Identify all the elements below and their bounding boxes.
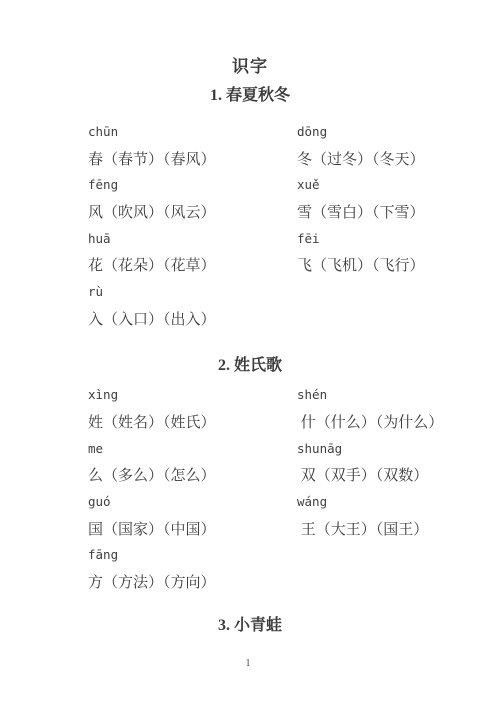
pinyin-row: me shunāg: [0, 435, 500, 462]
word-cell: 花（花朵）（花草）: [88, 254, 297, 275]
pinyin-cell: shén: [297, 387, 500, 402]
word-row: 方（方法）（方向）: [0, 568, 500, 595]
word-cell: 双（双手）（双数）: [297, 464, 500, 485]
page-number: 1: [0, 658, 496, 669]
word-row: 姓（姓名）（姓氏） 什（什么）（为什么）: [0, 408, 500, 435]
word-cell: 王（大王）（国王）: [297, 518, 500, 539]
pinyin-cell: fēi: [297, 231, 500, 246]
section-heading-2: 2. 姓氏歌: [0, 356, 500, 376]
pinyin-cell: wáng: [297, 494, 500, 509]
pinyin-cell: rù: [88, 284, 297, 299]
pinyin-row: fēng xuě: [0, 171, 500, 198]
word-cell: 入（入口）（出入）: [88, 308, 297, 329]
pinyin-cell: xuě: [297, 177, 500, 192]
word-cell: 雪（雪白）（下雪）: [297, 201, 500, 222]
section-2-entries: xìng shén 姓（姓名）（姓氏） 什（什么）（为什么） me shunāg…: [0, 382, 500, 596]
pinyin-row: chūn dōng: [0, 118, 500, 145]
word-cell: 风（吹风）（风云）: [88, 201, 297, 222]
pinyin-row: huā fēi: [0, 225, 500, 252]
pinyin-cell: me: [88, 441, 297, 456]
pinyin-cell: huā: [88, 231, 297, 246]
worksheet-page: 识字 1. 春夏秋冬 chūn dōng 春（春节）（春风） 冬（过冬）（冬天）…: [0, 0, 500, 707]
word-row: 花（花朵）（花草） 飞（飞机）（飞行）: [0, 251, 500, 278]
word-row: 入（入口）（出入）: [0, 305, 500, 332]
pinyin-cell: dōng: [297, 124, 500, 139]
word-row: 春（春节）（春风） 冬（过冬）（冬天）: [0, 145, 500, 172]
pinyin-row: xìng shén: [0, 382, 500, 409]
word-cell: 冬（过冬）（冬天）: [297, 148, 500, 169]
pinyin-cell: shunāg: [297, 441, 500, 456]
section-1-entries: chūn dōng 春（春节）（春风） 冬（过冬）（冬天） fēng xuě 风…: [0, 118, 500, 332]
word-cell: 什（什么）（为什么）: [297, 411, 500, 432]
word-cell: 春（春节）（春风）: [88, 148, 297, 169]
pinyin-cell: chūn: [88, 124, 297, 139]
word-row: 么（多么）（怎么） 双（双手）（双数）: [0, 462, 500, 489]
pinyin-cell: xìng: [88, 387, 297, 402]
word-cell: 方（方法）（方向）: [88, 571, 297, 592]
section-heading-3: 3. 小青蛙: [0, 615, 500, 637]
word-cell: 么（多么）（怎么）: [88, 464, 297, 485]
document-title: 识字: [0, 56, 500, 78]
pinyin-cell: fāng: [88, 547, 297, 562]
word-cell: 姓（姓名）（姓氏）: [88, 411, 297, 432]
pinyin-cell: fēng: [88, 177, 297, 192]
pinyin-cell: guó: [88, 494, 297, 509]
word-cell: 国（国家）（中国）: [88, 518, 297, 539]
section-heading-1: 1. 春夏秋冬: [0, 86, 500, 106]
pinyin-row: rù: [0, 278, 500, 305]
pinyin-row: fāng: [0, 542, 500, 569]
pinyin-row: guó wáng: [0, 488, 500, 515]
word-row: 国（国家）（中国） 王（大王）（国王）: [0, 515, 500, 542]
word-cell: 飞（飞机）（飞行）: [297, 254, 500, 275]
word-row: 风（吹风）（风云） 雪（雪白）（下雪）: [0, 198, 500, 225]
